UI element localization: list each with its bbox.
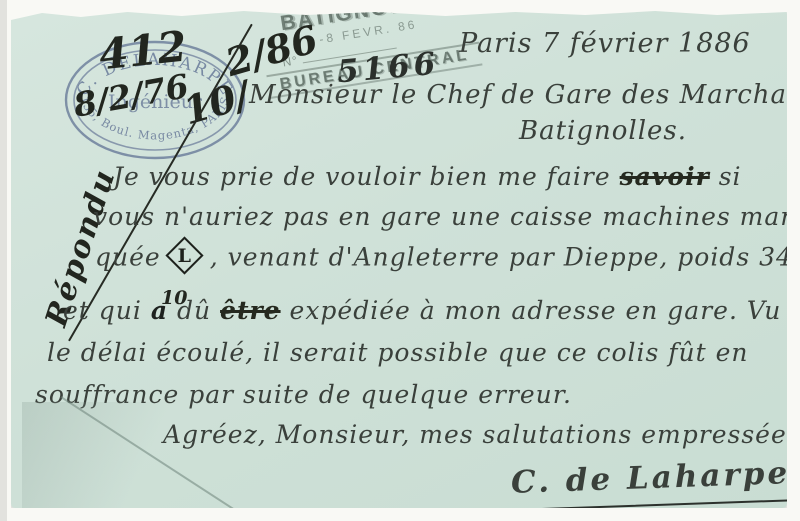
body-line-4-mid: dû: [168, 296, 220, 325]
body-line-7: Agréez, Monsieur, mes salutations empres…: [163, 420, 800, 449]
dateline: Paris 7 février 1886: [459, 28, 751, 59]
body-line-2: vous n'auriez pas en gare une caisse mac…: [93, 202, 800, 231]
recipient-line-2: Batignolles.: [519, 116, 687, 146]
scanner-edge: [0, 0, 7, 521]
scan-background: C. DELAHARPE Ingénieur 135, Boul. Magent…: [0, 0, 800, 521]
fold-crease: [61, 396, 248, 518]
body-line-6: souffrance par suite de quelque erreur.: [35, 380, 572, 409]
signature-flourish: [456, 499, 799, 513]
body-line-3-text: quée: [95, 242, 161, 271]
body-line-3-mid: , venant d'Angleterre par Dieppe, poids …: [210, 242, 800, 271]
body-line-5: le délai écoulé, il serait possible que …: [47, 338, 749, 367]
package-mark-letter: L: [177, 245, 191, 267]
body-line-4: et qui a dû être expédiée à mon adresse …: [63, 296, 781, 325]
body-line-3: quéeL, venant d'Angleterre par Dieppe, p…: [95, 242, 800, 271]
struck-word-savoir: savoir: [620, 162, 710, 191]
body-line-1-text: Je vous prie de vouloir bien me faire: [113, 162, 620, 191]
body-line-4-end: expédiée à mon adresse en gare. Vu: [281, 296, 782, 325]
package-mark-diamond: L: [165, 237, 203, 275]
body-line-1-end: si: [710, 162, 742, 191]
struck-word-etre: être: [220, 296, 281, 325]
body-line-4-text: et qui: [63, 296, 151, 325]
postcard: C. DELAHARPE Ingénieur 135, Boul. Magent…: [11, 10, 787, 508]
signature: C. de Laharpe: [510, 455, 790, 501]
body-line-1: Je vous prie de vouloir bien me faire sa…: [113, 162, 742, 191]
inserted-word-a: a: [151, 296, 168, 325]
recipient-line-1: Monsieur le Chef de Gare des Marchandise…: [249, 80, 800, 110]
